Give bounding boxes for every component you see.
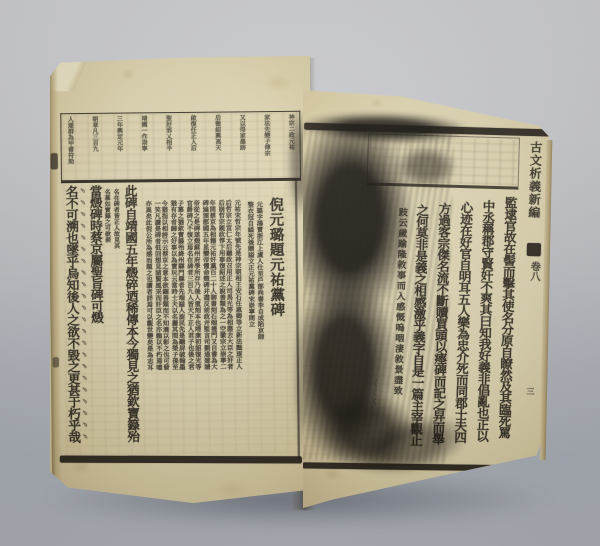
top-note-column: 人遂群為甲書符劾 [65,116,75,178]
top-note-column: 家法先變子傳宗 [262,114,272,176]
piece-title-column: 倪元璐題元祐黨碑 [265,197,287,327]
margin-book-title: 古文析義新編 [525,141,545,237]
left-page: 神宗二政元祐 家法先變子傳宗 又以得家墨跡 后徵紹興高天 啟復任正人后 聖好邪乂… [50,56,310,503]
history-note-column: 后崩哲宗親政惇卞用事復紹述之說善類為之一空徽宗立崇寧二 年間蔡京為相籍元祐奸黨百… [209,200,228,452]
top-note-column: 朝章凡三百九 [90,116,100,178]
note-sub-right: 名在碑者皆正人故見其 [111,189,122,364]
text-column-1: 監逮官故在髻而擊其使名分原自瞭然及其臨死罵 [494,196,519,462]
page-number: 三 [525,387,536,401]
body-column-3: 名不可溯也墜乎烏知後人之欲不毀之更甚于朽乎哉 [62,185,90,459]
history-note-column: 一笑凡讀是碑者低回想見諸賢風采而奸臣之名亦賴以不朽焉噫 亦異矣此倪公所為感而題之… [145,200,164,452]
text-column-2: 中丞稱郡守賢奸不爽其曰知我好義非倡亂也正以 [472,200,497,466]
fold-ink-mark [51,153,58,169]
top-note-column: 三年興定元年 [114,116,124,178]
top-note-column: 靖國一作崇寧 [139,115,149,177]
top-note-column: 聖好邪乂相半 [163,115,173,177]
author-bio-note: 元璐字鴻寶浙江上虞人仕至戶部尚書李自成陷京師 整衣冠自縊死後贈謚文正元祐黨碑宋崇… [242,201,266,449]
fold-ink-mark [53,357,59,367]
photo-of-open-woodblock-book: 神宗二政元祐 家法先變子傳宗 又以得家墨跡 后徵紹興高天 啟復任正人后 聖好邪乂… [0,0,600,546]
left-page-content: 神宗二政元祐 家法先變子傳宗 又以得家墨跡 后徵紹興高天 啟復任正人后 聖好邪乂… [48,55,313,505]
history-note-column: 碑遍頒郡國五年星變帝懼命燬碑并盡反前政并監言司劉逵建請 帝從之是碑遂燬蘇州府學所… [193,200,212,452]
fishtail-mark [527,243,541,256]
frame-bottom-border [60,456,302,464]
inline-note-column: 名在碑者皆正人故見其 名慕如寶籙之可歆羨 [106,189,122,364]
top-note-column: 后徵紹興高天 [213,115,223,177]
top-note-column: 又以得家墨跡 [237,114,247,176]
body-column-2: 當燬碑時蔡京屬聖旨碑可燬 [86,185,106,355]
top-note-column: 啟復任正人后 [188,115,198,177]
margin-volume-number: 卷八 [526,261,542,295]
history-note-column: 官爵碑乃不復立焉名在碑者三百九人皆天下正人君子也後之君 子慕之猶欽寶籙殆絳州驛門… [177,200,196,452]
history-note-column: 元祐宋哲宗年號先是神宗朝相王安石任惠卿等立新法黜逐正人 后哲宗立宣仁太后聽政召用… [225,199,244,451]
right-page-content: 古文析義新編 卷八 三 監逮官故在髻而擊其使名分原自瞭然及其臨死罵 中丞稱郡守賢… [294,85,552,514]
body-column-1: 此碑自靖國五年燬碎迺稀傳本今獨見之猶欽寶籙殆 [121,184,142,458]
history-note-column: 猶有存者歸之好事以為寶玩云當時士夫以名麗其間為榮子孫至 今猶指以相誇示云蔡京之意… [161,200,180,452]
right-page: 古文析義新編 卷八 三 監逮官故在髻而擊其使名分原自瞭然及其臨死罵 中丞稱郡守賢… [303,86,549,508]
top-note-box: 神宗二政元祐 家法先變子傳宗 又以得家墨跡 后徵紹興高天 啟復任正人后 聖好邪乂… [60,111,301,184]
